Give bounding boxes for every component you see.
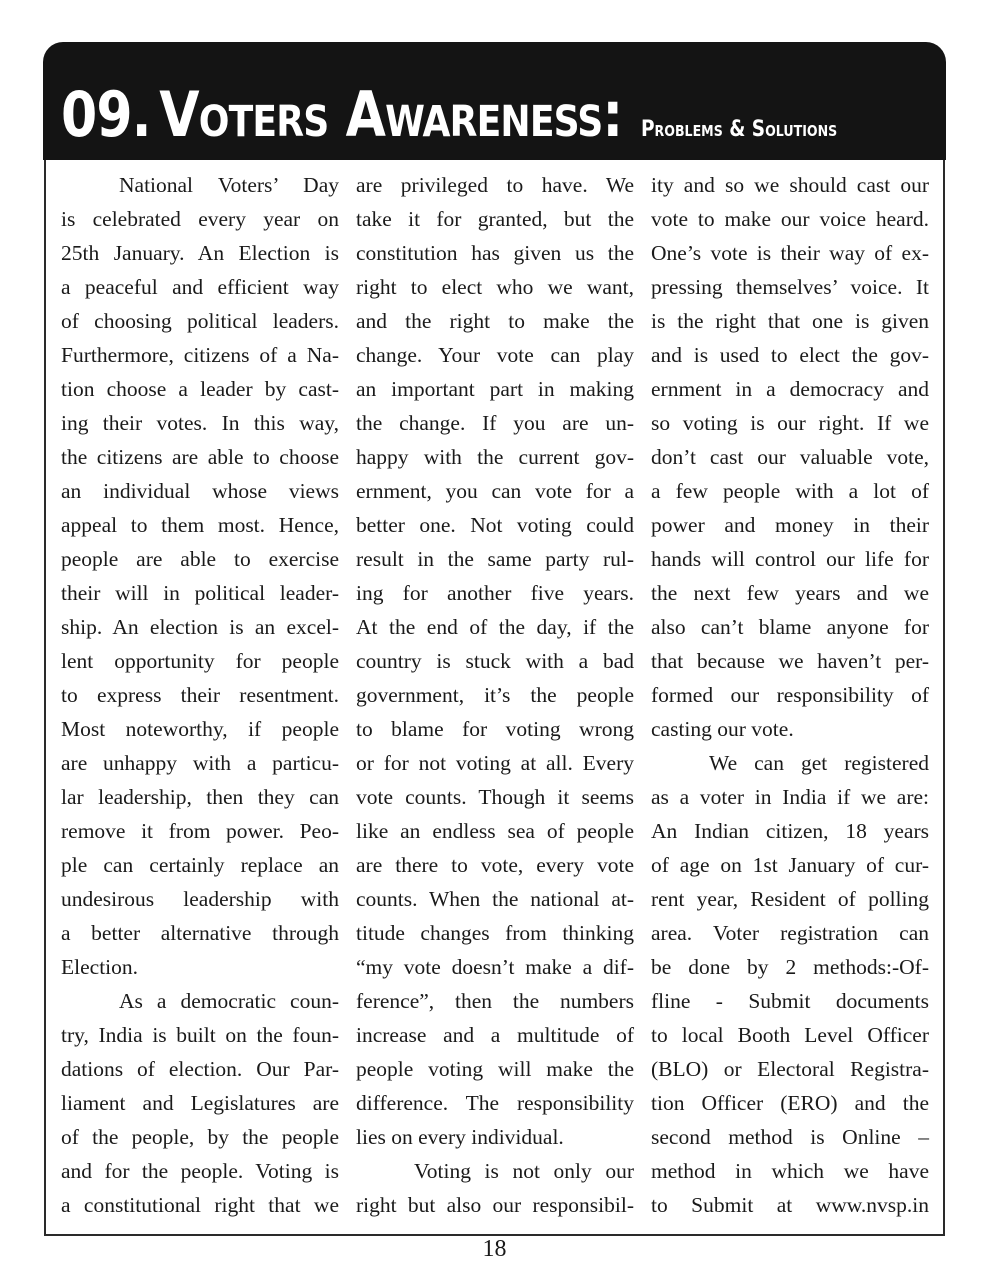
section-subtitle: Problems & Solutions <box>641 117 837 142</box>
text-line-content: Election. <box>61 950 339 984</box>
text-line: to Submit at www.nvsp.in <box>651 1188 929 1222</box>
text-line: ernment, you can vote for a <box>356 474 634 508</box>
text-line-content: pressing themselves’ voice. It <box>651 270 929 304</box>
text-line-content: ing their votes. In this way, <box>61 406 339 440</box>
section-title-main: Voters Awareness: <box>159 78 622 151</box>
page-number: 18 <box>0 1234 989 1264</box>
text-line-content: method in which we have <box>651 1154 929 1188</box>
text-line: as a voter in India if we are: <box>651 780 929 814</box>
text-line: the next few years and we <box>651 576 929 610</box>
text-line: National Voters’ Day <box>61 168 339 202</box>
text-line: don’t cast our valuable vote, <box>651 440 929 474</box>
text-line: At the end of the day, if the <box>356 610 634 644</box>
text-line: right to elect who we want, <box>356 270 634 304</box>
text-line-content: of the people, by the people <box>61 1120 339 1154</box>
text-line: to blame for voting wrong <box>356 712 634 746</box>
text-line-content: tion choose a leader by cast- <box>61 372 339 406</box>
text-line: ing for another five years. <box>356 576 634 610</box>
text-line: a better alternative through <box>61 916 339 950</box>
text-line-content: better one. Not voting could <box>356 508 634 542</box>
text-line-content: ernment, you can vote for a <box>356 474 634 508</box>
text-line: try, India is built on the foun- <box>61 1018 339 1052</box>
text-line: to express their resentment. <box>61 678 339 712</box>
text-line: a few people with a lot of <box>651 474 929 508</box>
text-line-content: to Submit at www.nvsp.in <box>651 1188 929 1222</box>
text-line: result in the same party rul- <box>356 542 634 576</box>
text-line: “my vote doesn’t make a dif- <box>356 950 634 984</box>
text-line-content: liament and Legislatures are <box>61 1086 339 1120</box>
text-line-content: ference”, then the numbers <box>356 984 634 1018</box>
text-line: (BLO) or Electoral Registra- <box>651 1052 929 1086</box>
text-line-content: people are able to exercise <box>61 542 339 576</box>
text-line-content: country is stuck with a bad <box>356 644 634 678</box>
text-line-content: an individual whose views <box>61 474 339 508</box>
text-line: that because we haven’t per- <box>651 644 929 678</box>
text-line: ference”, then the numbers <box>356 984 634 1018</box>
text-line-content: don’t cast our valuable vote, <box>651 440 929 474</box>
text-line-content: lent opportunity for people <box>61 644 339 678</box>
text-line: formed our responsibility of <box>651 678 929 712</box>
text-line: hands will control our life for <box>651 542 929 576</box>
text-line: tion Officer (ERO) and the <box>651 1086 929 1120</box>
text-line: method in which we have <box>651 1154 929 1188</box>
text-line-content: also can’t blame anyone for <box>651 610 929 644</box>
text-line: and is used to elect the gov- <box>651 338 929 372</box>
text-line: second method is Online – <box>651 1120 929 1154</box>
text-line-content: and for the people. Voting is <box>61 1154 339 1188</box>
text-line-content: second method is Online – <box>651 1120 929 1154</box>
text-line: vote counts. Though it seems <box>356 780 634 814</box>
text-line-content: a peaceful and efficient way <box>61 270 339 304</box>
text-line: to local Booth Level Officer <box>651 1018 929 1052</box>
text-line-content: dations of election. Our Par- <box>61 1052 339 1086</box>
text-line-content: formed our responsibility of <box>651 678 929 712</box>
text-line: area. Voter registration can <box>651 916 929 950</box>
text-line: tion choose a leader by cast- <box>61 372 339 406</box>
text-line: is celebrated every year on <box>61 202 339 236</box>
text-line: ernment in a democracy and <box>651 372 929 406</box>
text-line: ity and so we should cast our <box>651 168 929 202</box>
text-line-content: take it for granted, but the <box>356 202 634 236</box>
text-line: country is stuck with a bad <box>356 644 634 678</box>
text-line-content: right but also our responsibil- <box>356 1188 634 1222</box>
text-line: As a democratic coun- <box>61 984 339 1018</box>
text-line-content: change. Your vote can play <box>356 338 634 372</box>
text-line-content: appeal to them most. Hence, <box>61 508 339 542</box>
text-line-content: be done by 2 methods:-Of- <box>651 950 929 984</box>
text-line: are privileged to have. We <box>356 168 634 202</box>
text-line-content: remove it from power. Peo- <box>61 814 339 848</box>
text-line: increase and a multitude of <box>356 1018 634 1052</box>
text-line-content: is celebrated every year on <box>61 202 339 236</box>
text-line-content: We can get registered <box>709 746 929 780</box>
text-line-content: area. Voter registration can <box>651 916 929 950</box>
text-line-content: lar leadership, then they can <box>61 780 339 814</box>
text-line: happy with the current gov- <box>356 440 634 474</box>
text-line: ing their votes. In this way, <box>61 406 339 440</box>
text-line-content: “my vote doesn’t make a dif- <box>356 950 634 984</box>
text-line-content: like an endless sea of people <box>356 814 634 848</box>
text-line: 25th January. An Election is <box>61 236 339 270</box>
text-line-content: ship. An election is an excel- <box>61 610 339 644</box>
text-line-content: or for not voting at all. Every <box>356 746 634 780</box>
text-line-content: their will in political leader- <box>61 576 339 610</box>
text-line: lies on every individual. <box>356 1120 634 1154</box>
text-line: remove it from power. Peo- <box>61 814 339 848</box>
text-line: One’s vote is their way of ex- <box>651 236 929 270</box>
text-line: a constitutional right that we <box>61 1188 339 1222</box>
text-line: counts. When the national at- <box>356 882 634 916</box>
text-line: ship. An election is an excel- <box>61 610 339 644</box>
text-line: an individual whose views <box>61 474 339 508</box>
text-line: Election. <box>61 950 339 984</box>
text-line-content: difference. The responsibility <box>356 1086 634 1120</box>
text-line: casting our vote. <box>651 712 929 746</box>
text-line-content: are there to vote, every vote <box>356 848 634 882</box>
text-line-content: 25th January. An Election is <box>61 236 339 270</box>
text-line-content: try, India is built on the foun- <box>61 1018 339 1052</box>
text-line-content: rent year, Resident of polling <box>651 882 929 916</box>
text-line-content: power and money in their <box>651 508 929 542</box>
text-line-content: ernment in a democracy and <box>651 372 929 406</box>
text-line-content: Furthermore, citizens of a Na- <box>61 338 339 372</box>
text-line: difference. The responsibility <box>356 1086 634 1120</box>
text-line-content: result in the same party rul- <box>356 542 634 576</box>
text-line-content: to blame for voting wrong <box>356 712 634 746</box>
text-line-content: vote counts. Though it seems <box>356 780 634 814</box>
text-line: of age on 1st January of cur- <box>651 848 929 882</box>
text-line-content: titude changes from thinking <box>356 916 634 950</box>
text-line-content: government, it’s the people <box>356 678 634 712</box>
text-line-content: National Voters’ Day <box>119 168 339 202</box>
text-line-content: One’s vote is their way of ex- <box>651 236 929 270</box>
text-line: right but also our responsibil- <box>356 1188 634 1222</box>
text-line: of the people, by the people <box>61 1120 339 1154</box>
text-line: and the right to make the <box>356 304 634 338</box>
text-line: their will in political leader- <box>61 576 339 610</box>
text-line-content: people voting will make the <box>356 1052 634 1086</box>
text-line: people are able to exercise <box>61 542 339 576</box>
text-line: government, it’s the people <box>356 678 634 712</box>
text-line: of choosing political leaders. <box>61 304 339 338</box>
text-line: We can get registered <box>651 746 929 780</box>
text-line-content: right to elect who we want, <box>356 270 634 304</box>
article-column-3: ity and so we should cast ourvote to mak… <box>651 168 929 1222</box>
text-line-content: to local Booth Level Officer <box>651 1018 929 1052</box>
text-line: lent opportunity for people <box>61 644 339 678</box>
text-line: is the right that one is given <box>651 304 929 338</box>
text-line: rent year, Resident of polling <box>651 882 929 916</box>
text-line-content: ity and so we should cast our <box>651 168 929 202</box>
text-line-content: and is used to elect the gov- <box>651 338 929 372</box>
text-line-content: the citizens are able to choose <box>61 440 339 474</box>
text-line: titude changes from thinking <box>356 916 634 950</box>
text-line: fline - Submit documents <box>651 984 929 1018</box>
article-column-2: are privileged to have. Wetake it for gr… <box>356 168 634 1222</box>
text-line: better one. Not voting could <box>356 508 634 542</box>
article-column-1: National Voters’ Dayis celebrated every … <box>61 168 339 1222</box>
text-line: liament and Legislatures are <box>61 1086 339 1120</box>
section-header: 09. Voters Awareness: Problems & Solutio… <box>43 42 946 160</box>
text-line: so voting is our right. If we <box>651 406 929 440</box>
text-line-content: (BLO) or Electoral Registra- <box>651 1052 929 1086</box>
text-line: the change. If you are un- <box>356 406 634 440</box>
text-line: be done by 2 methods:-Of- <box>651 950 929 984</box>
text-line-content: constitution has given us the <box>356 236 634 270</box>
text-line-content: vote to make our voice heard. <box>651 202 929 236</box>
text-line-content: an important part in making <box>356 372 634 406</box>
text-line-content: the change. If you are un- <box>356 406 634 440</box>
text-line: also can’t blame anyone for <box>651 610 929 644</box>
text-line-content: ple can certainly replace an <box>61 848 339 882</box>
text-line-content: the next few years and we <box>651 576 929 610</box>
text-line: Most noteworthy, if people <box>61 712 339 746</box>
text-line: people voting will make the <box>356 1052 634 1086</box>
text-line-content: and the right to make the <box>356 304 634 338</box>
text-line-content: tion Officer (ERO) and the <box>651 1086 929 1120</box>
text-line: change. Your vote can play <box>356 338 634 372</box>
text-line-content: Most noteworthy, if people <box>61 712 339 746</box>
text-line: the citizens are able to choose <box>61 440 339 474</box>
text-line: dations of election. Our Par- <box>61 1052 339 1086</box>
text-line-content: a constitutional right that we <box>61 1188 339 1222</box>
text-line-content: increase and a multitude of <box>356 1018 634 1052</box>
text-line: a peaceful and efficient way <box>61 270 339 304</box>
text-line: are there to vote, every vote <box>356 848 634 882</box>
text-line-content: is the right that one is given <box>651 304 929 338</box>
text-line: like an endless sea of people <box>356 814 634 848</box>
text-line: vote to make our voice heard. <box>651 202 929 236</box>
text-line: pressing themselves’ voice. It <box>651 270 929 304</box>
text-line-content: undesirous leadership with <box>61 882 339 916</box>
section-title: 09. Voters Awareness: Problems & Solutio… <box>61 84 837 146</box>
text-line: take it for granted, but the <box>356 202 634 236</box>
text-line-content: are unhappy with a particu- <box>61 746 339 780</box>
text-line: Furthermore, citizens of a Na- <box>61 338 339 372</box>
text-line-content: of age on 1st January of cur- <box>651 848 929 882</box>
text-line: or for not voting at all. Every <box>356 746 634 780</box>
text-line-content: of choosing political leaders. <box>61 304 339 338</box>
text-line: are unhappy with a particu- <box>61 746 339 780</box>
text-line: ple can certainly replace an <box>61 848 339 882</box>
text-line-content: lies on every individual. <box>356 1120 634 1154</box>
text-line-content: casting our vote. <box>651 712 929 746</box>
text-line-content: that because we haven’t per- <box>651 644 929 678</box>
text-line: and for the people. Voting is <box>61 1154 339 1188</box>
text-line-content: fline - Submit documents <box>651 984 929 1018</box>
text-line: an important part in making <box>356 372 634 406</box>
text-line: power and money in their <box>651 508 929 542</box>
text-line: Voting is not only our <box>356 1154 634 1188</box>
text-line: An Indian citizen, 18 years <box>651 814 929 848</box>
text-line-content: as a voter in India if we are: <box>651 780 929 814</box>
text-line-content: a better alternative through <box>61 916 339 950</box>
text-line-content: hands will control our life for <box>651 542 929 576</box>
text-line: undesirous leadership with <box>61 882 339 916</box>
text-line: constitution has given us the <box>356 236 634 270</box>
text-line-content: ing for another five years. <box>356 576 634 610</box>
section-number: 09. <box>61 78 151 151</box>
text-line-content: counts. When the national at- <box>356 882 634 916</box>
text-line-content: so voting is our right. If we <box>651 406 929 440</box>
text-line-content: Voting is not only our <box>414 1154 634 1188</box>
text-line-content: happy with the current gov- <box>356 440 634 474</box>
text-line-content: At the end of the day, if the <box>356 610 634 644</box>
text-line-content: to express their resentment. <box>61 678 339 712</box>
text-line-content: a few people with a lot of <box>651 474 929 508</box>
text-line-content: As a democratic coun- <box>119 984 339 1018</box>
text-line-content: are privileged to have. We <box>356 168 634 202</box>
text-line: appeal to them most. Hence, <box>61 508 339 542</box>
text-line-content: An Indian citizen, 18 years <box>651 814 929 848</box>
text-line: lar leadership, then they can <box>61 780 339 814</box>
